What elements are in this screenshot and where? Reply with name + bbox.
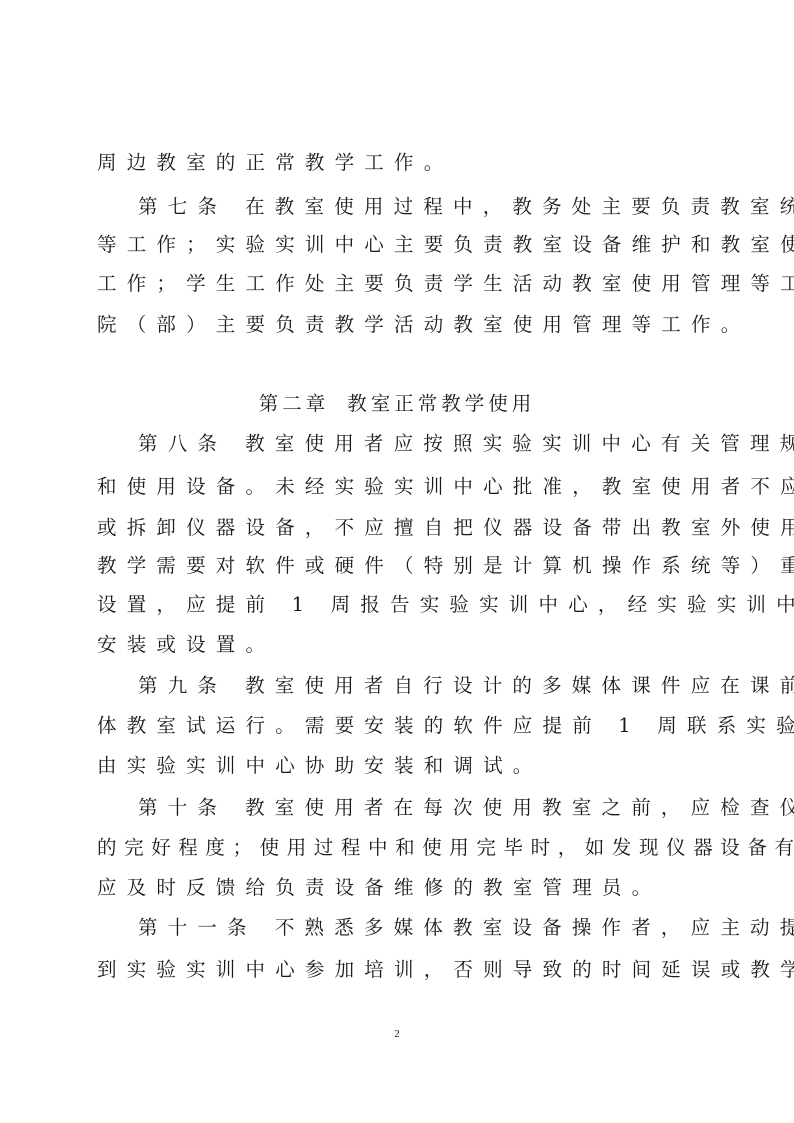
article-11-first-line: 第十一条不熟悉多媒体教室设备操作者，应主动提前 1 周 xyxy=(138,916,758,940)
article-7-line: 院（部）主要负责教学活动教室使用管理等工作。 xyxy=(97,313,717,337)
article-10-line: 的完好程度；使用过程中和使用完毕时，如发现仪器设备有问题， xyxy=(97,836,717,860)
article-7-first-line: 第七条在教室使用过程中，教务处主要负责教室统一调配 xyxy=(138,195,758,219)
article-label: 第十条 xyxy=(138,796,227,819)
article-9-line: 由实验实训中心协助安装和调试。 xyxy=(97,754,717,778)
article-label: 第十一条 xyxy=(138,916,257,939)
article-text: 教室使用者应按照实验实训中心有关管理规定操作 xyxy=(245,432,794,455)
chapter-number: 第二章 xyxy=(259,392,330,415)
article-10-first-line: 第十条教室使用者在每次使用教室之前，应检查仪器设备 xyxy=(138,796,758,820)
chapter-title: 教室正常教学使用 xyxy=(347,392,535,415)
article-8-line: 或拆卸仪器设备，不应擅自把仪器设备带出教室外使用。如确因 xyxy=(97,516,717,540)
article-label: 第九条 xyxy=(138,674,227,697)
article-text: 不熟悉多媒体教室设备操作者，应主动提前 1 周 xyxy=(275,916,794,939)
article-8-line: 和使用设备。未经实验实训中心批准，教室使用者不应擅自改动 xyxy=(97,475,717,499)
article-label: 第八条 xyxy=(138,432,227,455)
article-9-first-line: 第九条教室使用者自行设计的多媒体课件应在课前到多媒 xyxy=(138,674,758,698)
article-10-line: 应及时反馈给负责设备维修的教室管理员。 xyxy=(97,876,717,900)
article-7-line: 工作；学生工作处主要负责学生活动教室使用管理等工作；各学 xyxy=(97,272,717,296)
chapter-heading: 第二章教室正常教学使用 xyxy=(0,392,794,416)
article-11-line: 到实验实训中心参加培训，否则导致的时间延误或教学事故，由 xyxy=(97,958,717,982)
article-8-line: 教学需要对软件或硬件（特别是计算机操作系统等）重新安装或 xyxy=(97,554,717,578)
article-8-line: 安装或设置。 xyxy=(97,633,717,657)
article-text: 在教室使用过程中，教务处主要负责教室统一调配 xyxy=(245,195,794,218)
article-text: 教室使用者在每次使用教室之前，应检查仪器设备 xyxy=(245,796,794,819)
article-text: 教室使用者自行设计的多媒体课件应在课前到多媒 xyxy=(245,674,794,697)
article-label: 第七条 xyxy=(138,195,227,218)
article-8-line: 设置，应提前 1 周报告实验实训中心，经实验实训中心同意之后 xyxy=(97,593,717,617)
page-number: 2 xyxy=(0,1028,794,1040)
article-8-first-line: 第八条教室使用者应按照实验实训中心有关管理规定操作 xyxy=(138,432,758,456)
document-page: 周边教室的正常教学工作。 第七条在教室使用过程中，教务处主要负责教室统一调配 等… xyxy=(0,0,794,1123)
paragraph-continuation-line: 周边教室的正常教学工作。 xyxy=(97,151,717,175)
article-7-line: 等工作；实验实训中心主要负责教室设备维护和教室使用管理等 xyxy=(97,233,717,257)
article-9-line: 体教室试运行。需要安装的软件应提前 1 周联系实验实训中心， xyxy=(97,714,717,738)
